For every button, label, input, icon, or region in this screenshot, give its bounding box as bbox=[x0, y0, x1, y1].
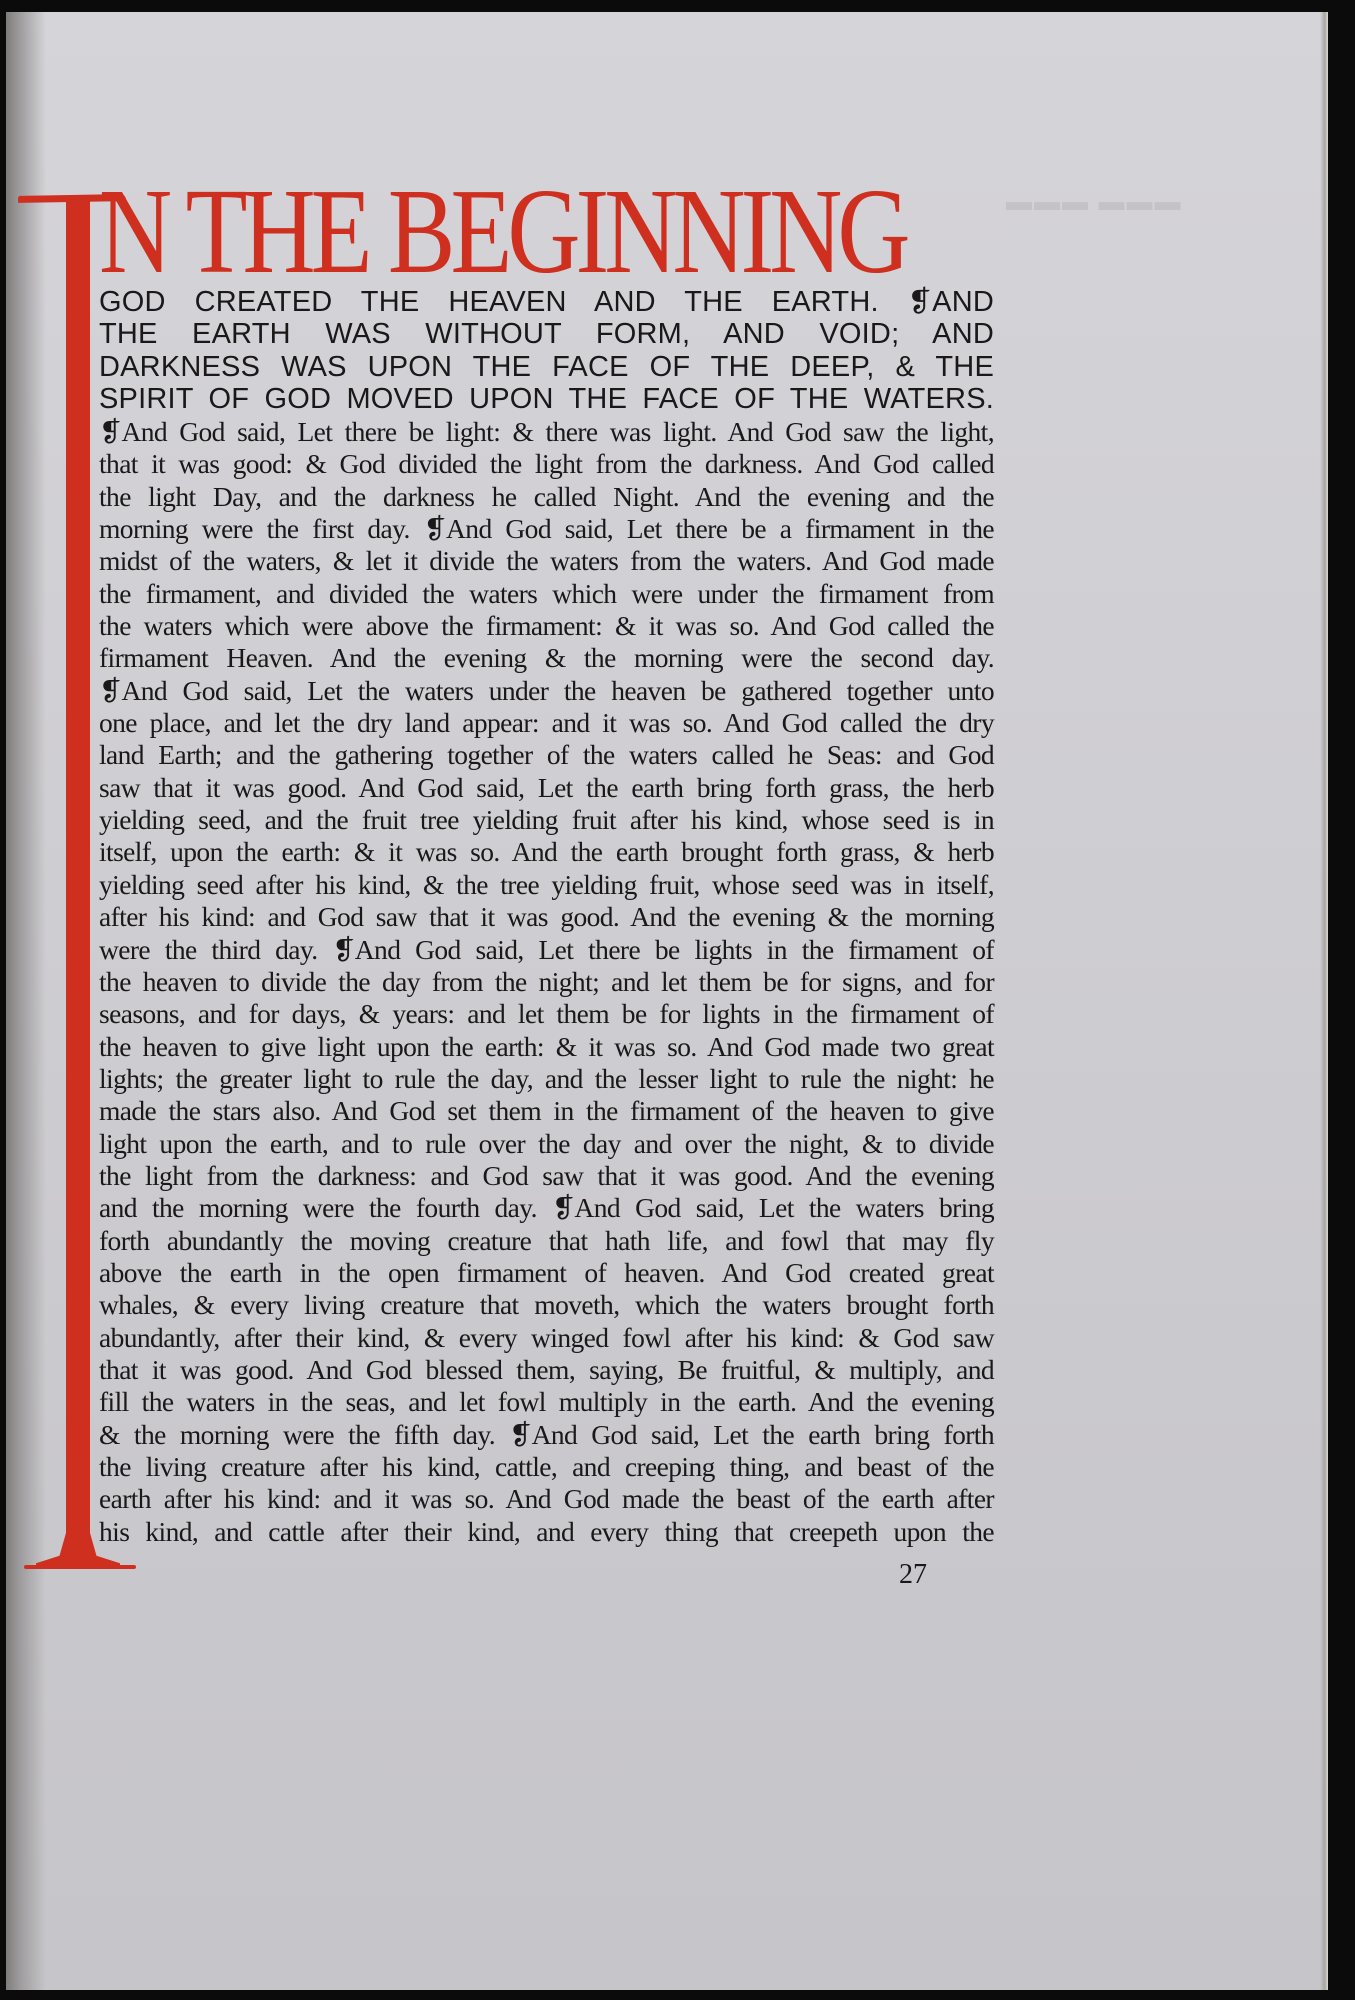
text-line: lights; the greater light to rule the da… bbox=[99, 1063, 994, 1095]
opening-caps-block: GOD CREATED THE HEAVEN AND THE EARTH. ❡A… bbox=[99, 286, 994, 416]
caps-line: SPIRIT OF GOD MOVED UPON THE FACE OF THE… bbox=[99, 383, 994, 415]
text-line: made the stars also. And God set them in… bbox=[99, 1095, 994, 1127]
caps-line: GOD CREATED THE HEAVEN AND THE EARTH. ❡A… bbox=[99, 286, 994, 318]
text-line: the light Day, and the darkness he calle… bbox=[99, 481, 994, 513]
text-line: land Earth; and the gathering together o… bbox=[99, 739, 994, 771]
drop-cap-stem bbox=[66, 198, 90, 1548]
text-line: were the third day. ❡And God said, Let t… bbox=[99, 934, 994, 966]
book-page: ▬▬▬ ▬▬▬ N THE BEGINNING GOD CREATED THE … bbox=[6, 12, 1328, 1990]
text-line: the waters which were above the firmamen… bbox=[99, 610, 994, 642]
text-line: the living creature after his kind, catt… bbox=[99, 1451, 994, 1483]
drop-cap-foot-serif bbox=[24, 1565, 136, 1569]
text-line: after his kind: and God saw that it was … bbox=[99, 901, 994, 933]
text-line: earth after his kind: and it was so. And… bbox=[99, 1483, 994, 1515]
text-line: the heaven to divide the day from the ni… bbox=[99, 966, 994, 998]
text-line: itself, upon the earth: & it was so. And… bbox=[99, 836, 994, 868]
text-line: yielding seed, and the fruit tree yieldi… bbox=[99, 804, 994, 836]
text-line: & the morning were the fifth day. ❡And G… bbox=[99, 1419, 994, 1451]
text-line: fill the waters in the seas, and let fow… bbox=[99, 1386, 994, 1418]
caps-line: DARKNESS WAS UPON THE FACE OF THE DEEP, … bbox=[99, 351, 994, 383]
page-number: 27 bbox=[899, 1559, 927, 1591]
text-line: ❡And God said, Let the waters under the … bbox=[99, 675, 994, 707]
text-line: midst of the waters, & let it divide the… bbox=[99, 545, 994, 577]
text-line: the firmament, and divided the waters wh… bbox=[99, 578, 994, 610]
show-through-text: ▬▬▬ ▬▬▬ bbox=[1006, 187, 1183, 217]
text-line: seasons, and for days, & years: and let … bbox=[99, 998, 994, 1030]
text-line: ❡And God said, Let there be light: & the… bbox=[99, 416, 994, 448]
text-line: forth abundantly the moving creature tha… bbox=[99, 1225, 994, 1257]
text-line: and the morning were the fourth day. ❡An… bbox=[99, 1192, 994, 1224]
text-line: one place, and let the dry land appear: … bbox=[99, 707, 994, 739]
text-line: that it was good: & God divided the ligh… bbox=[99, 448, 994, 480]
text-line: light upon the earth, and to rule over t… bbox=[99, 1128, 994, 1160]
text-line: yielding seed after his kind, & the tree… bbox=[99, 869, 994, 901]
text-line: whales, & every living creature that mov… bbox=[99, 1289, 994, 1321]
text-line: the light from the darkness: and God saw… bbox=[99, 1160, 994, 1192]
text-line: firmament Heaven. And the evening & the … bbox=[99, 642, 994, 674]
text-line: his kind, and cattle after their kind, a… bbox=[99, 1516, 994, 1548]
text-line: abundantly, after their kind, & every wi… bbox=[99, 1322, 994, 1354]
text-line: that it was good. And God blessed them, … bbox=[99, 1354, 994, 1386]
chapter-heading: N THE BEGINNING bbox=[99, 182, 854, 282]
text-line: the heaven to give light upon the earth:… bbox=[99, 1031, 994, 1063]
text-line: saw that it was good. And God said, Let … bbox=[99, 772, 994, 804]
body-text: ❡And God said, Let there be light: & the… bbox=[99, 416, 994, 1548]
text-line: morning were the first day. ❡And God sai… bbox=[99, 513, 994, 545]
text-line: above the earth in the open firmament of… bbox=[99, 1257, 994, 1289]
caps-line: THE EARTH WAS WITHOUT FORM, AND VOID; AN… bbox=[99, 318, 994, 350]
